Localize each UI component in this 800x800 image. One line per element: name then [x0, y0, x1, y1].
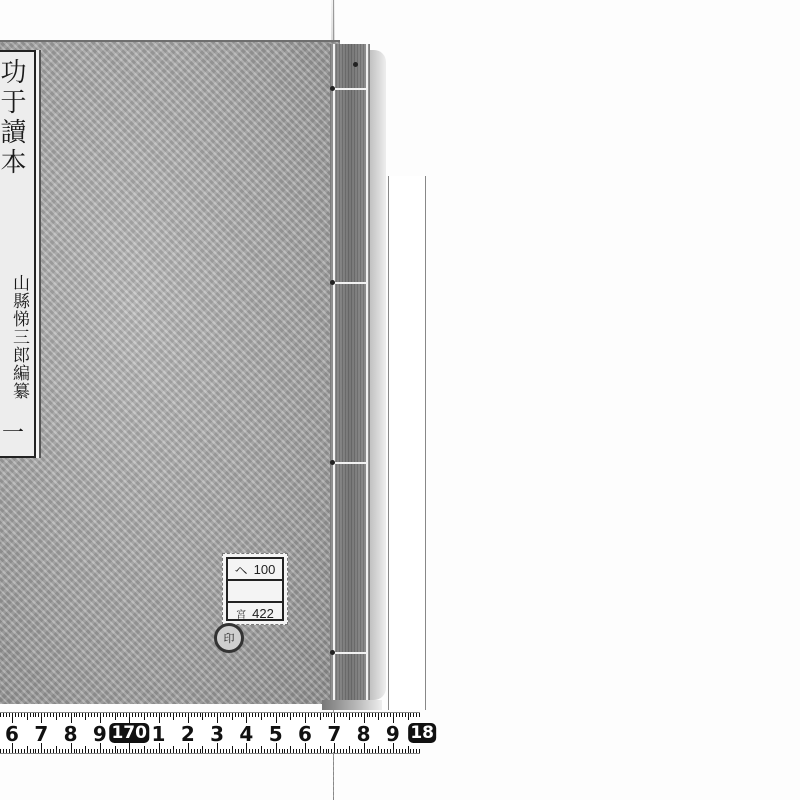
ruler-tick [200, 749, 201, 753]
ruler-label: 8 [357, 722, 371, 746]
book-page-edge [368, 50, 386, 700]
ruler-label: 1 [152, 722, 166, 746]
book-cover [0, 40, 340, 704]
ruler-tick [349, 713, 350, 720]
ruler-tick [396, 749, 397, 753]
ruler-tick [6, 749, 7, 753]
ruler-tick [135, 749, 136, 753]
ruler-tick [317, 713, 318, 717]
ruler-tick [293, 713, 294, 717]
ruler-tick [226, 749, 227, 753]
ruler-tick [282, 713, 283, 717]
ruler-tick [214, 713, 215, 717]
ruler-tick [0, 713, 1, 717]
ruler-tick [147, 713, 148, 717]
ruler-tick [355, 749, 356, 753]
ruler-tick [185, 713, 186, 717]
ruler-tick [405, 749, 406, 753]
ruler-tick [378, 713, 379, 720]
ruler-label: 3 [210, 722, 224, 746]
ruler-tick [50, 713, 51, 717]
ruler-tick [405, 713, 406, 717]
ruler-tick [416, 749, 417, 753]
ruler-tick [120, 749, 121, 753]
ruler-tick [208, 749, 209, 753]
ruler-tick [261, 713, 262, 720]
ruler-tick [270, 713, 271, 717]
binding-thread [366, 44, 368, 700]
vertical-ruler [388, 176, 426, 710]
ruler-tick [38, 749, 39, 753]
binding-knot [353, 62, 358, 67]
ruler-tick [88, 713, 89, 717]
ruler-tick [296, 749, 297, 753]
round-seal: 印 [214, 623, 244, 653]
ruler-tick [290, 713, 291, 720]
ruler-tick [27, 713, 28, 720]
ruler-tick [343, 713, 344, 717]
ruler-tick [161, 749, 162, 753]
ruler-tick [308, 749, 309, 753]
ruler-tick [129, 743, 130, 753]
ruler-tick [132, 749, 133, 753]
ruler-tick [284, 749, 285, 753]
ruler-tick [53, 713, 54, 717]
ruler-tick [197, 749, 198, 753]
ruler-tick [33, 713, 34, 717]
ruler-tick [82, 749, 83, 753]
ruler-tick [408, 746, 409, 753]
ruler-tick [62, 749, 63, 753]
ruler-tick [252, 749, 253, 753]
ruler-tick [282, 749, 283, 753]
ruler-tick [185, 749, 186, 753]
ruler-tick [346, 749, 347, 753]
horizontal-ruler: 678917012345678918 [0, 712, 420, 754]
ruler-tick [349, 746, 350, 753]
ruler-tick [194, 749, 195, 753]
ruler-tick [33, 749, 34, 753]
ruler-tick [369, 713, 370, 717]
ruler-tick [85, 746, 86, 753]
ruler-tick [299, 749, 300, 753]
ruler-tick [243, 713, 244, 717]
ruler-tick [27, 746, 28, 753]
ruler-tick [399, 749, 400, 753]
ruler-tick [328, 749, 329, 753]
ruler-tick [126, 713, 127, 717]
ruler-tick [88, 749, 89, 753]
ruler-tick [173, 713, 174, 720]
ruler-tick [264, 713, 265, 717]
ruler-tick [182, 749, 183, 753]
ruler-tick [235, 713, 236, 717]
book-title: 功于讀本 [0, 58, 26, 178]
ruler-tick [176, 713, 177, 717]
ruler-tick [238, 713, 239, 717]
ruler-tick [238, 749, 239, 753]
ruler-label: 18 [408, 723, 436, 743]
ruler-tick [182, 713, 183, 717]
ruler-tick [296, 713, 297, 717]
ruler-tick [59, 749, 60, 753]
ruler-tick [226, 713, 227, 717]
ruler-tick [314, 713, 315, 717]
ruler-tick [387, 713, 388, 717]
ruler-tick [361, 749, 362, 753]
ruler-tick [287, 713, 288, 717]
binding-thread [333, 88, 368, 90]
ruler-tick [413, 713, 414, 717]
ruler-tick [170, 713, 171, 717]
ruler-tick [270, 749, 271, 753]
title-label: 功于讀本 山縣悌三郎編纂 一 [0, 50, 36, 458]
ruler-tick [390, 713, 391, 717]
ruler-tick [258, 713, 259, 717]
ruler-tick [191, 749, 192, 753]
ruler-tick [323, 713, 324, 717]
ruler-tick [153, 749, 154, 753]
ruler-tick [173, 746, 174, 753]
ruler-tick [144, 746, 145, 753]
ruler-tick [235, 749, 236, 753]
ruler-label: 4 [239, 722, 253, 746]
ruler-tick [85, 713, 86, 720]
ruler-tick [18, 749, 19, 753]
ruler-tick [164, 749, 165, 753]
ruler-tick [241, 713, 242, 717]
ruler-tick [355, 713, 356, 717]
binding-thread [333, 652, 368, 654]
book-author: 山縣悌三郎編纂 [4, 274, 30, 400]
ruler-tick [367, 749, 368, 753]
ruler-tick [74, 749, 75, 753]
ruler-tick [302, 713, 303, 717]
ruler-tick [0, 749, 1, 753]
ruler-tick [62, 713, 63, 717]
ruler-tick [150, 713, 151, 717]
ruler-tick [255, 713, 256, 717]
ruler-tick [311, 749, 312, 753]
ruler-tick [293, 749, 294, 753]
binding-thread [333, 282, 368, 284]
ruler-tick [220, 749, 221, 753]
library-stamp: ヘ 100 宮 422 [222, 553, 288, 625]
ruler-tick [97, 749, 98, 753]
ruler-tick [205, 713, 206, 717]
ruler-tick [314, 749, 315, 753]
ruler-tick [129, 713, 130, 723]
ruler-tick [91, 713, 92, 717]
ruler-tick [308, 713, 309, 717]
ruler-label: 9 [93, 722, 107, 746]
stamp-row-2 [228, 581, 282, 603]
ruler-tick [290, 746, 291, 753]
ruler-tick [279, 713, 280, 717]
ruler-tick [156, 749, 157, 753]
ruler-tick [68, 713, 69, 717]
ruler-tick [3, 749, 4, 753]
ruler-tick [416, 713, 417, 717]
ruler-tick [255, 749, 256, 753]
ruler-tick [352, 749, 353, 753]
binding-thread [333, 462, 368, 464]
ruler-tick [156, 713, 157, 717]
ruler-label: 7 [34, 722, 48, 746]
ruler-tick [273, 749, 274, 753]
ruler-tick [381, 749, 382, 753]
ruler-tick [167, 713, 168, 717]
ruler-tick [161, 713, 162, 717]
ruler-tick [150, 749, 151, 753]
ruler-tick [311, 713, 312, 717]
ruler-tick [243, 749, 244, 753]
ruler-tick [287, 749, 288, 753]
ruler-tick [21, 749, 22, 753]
ruler-tick [147, 749, 148, 753]
ruler-tick [337, 749, 338, 753]
ruler-tick [103, 749, 104, 753]
ruler-tick [106, 749, 107, 753]
ruler-tick [35, 749, 36, 753]
ruler-tick [112, 749, 113, 753]
ruler-tick [135, 713, 136, 717]
ruler-tick [3, 713, 4, 717]
ruler-tick [408, 713, 409, 720]
ruler-tick [211, 713, 212, 717]
ruler-label: 2 [181, 722, 195, 746]
ruler-tick [194, 713, 195, 717]
binding-knot [330, 460, 335, 465]
ruler-tick [343, 749, 344, 753]
ruler-tick [384, 713, 385, 717]
scan-guide-line-lower [333, 752, 335, 800]
ruler-tick [94, 713, 95, 717]
ruler-tick [103, 713, 104, 717]
ruler-tick [223, 749, 224, 753]
ruler-tick [279, 749, 280, 753]
ruler-tick [167, 749, 168, 753]
ruler-tick [123, 749, 124, 753]
ruler-tick [202, 746, 203, 753]
ruler-tick [170, 749, 171, 753]
ruler-tick [220, 713, 221, 717]
ruler-tick [390, 749, 391, 753]
ruler-tick [232, 746, 233, 753]
ruler-tick [82, 713, 83, 717]
ruler-tick [141, 713, 142, 717]
ruler-tick [410, 713, 411, 717]
ruler-tick [59, 713, 60, 717]
ruler-tick [264, 749, 265, 753]
stamp-row-3: 宮 422 [228, 603, 282, 623]
ruler-tick [232, 713, 233, 720]
ruler-tick [179, 713, 180, 717]
ruler-tick [115, 713, 116, 720]
ruler-tick [326, 713, 327, 717]
ruler-tick [35, 713, 36, 717]
ruler-label: 9 [386, 722, 400, 746]
ruler-tick [141, 749, 142, 753]
ruler-tick [214, 749, 215, 753]
ruler-tick [375, 749, 376, 753]
ruler-tick [372, 749, 373, 753]
ruler-tick [358, 749, 359, 753]
ruler-tick [402, 713, 403, 717]
book-shadow [322, 700, 382, 710]
ruler-tick [112, 713, 113, 717]
ruler-tick [267, 713, 268, 717]
ruler-tick [323, 749, 324, 753]
ruler-tick [387, 749, 388, 753]
ruler-tick [164, 713, 165, 717]
binding-knot [330, 650, 335, 655]
ruler-tick [6, 713, 7, 717]
ruler-label: 8 [64, 722, 78, 746]
ruler-tick [74, 713, 75, 717]
ruler-tick [47, 749, 48, 753]
ruler-tick [65, 749, 66, 753]
ruler-label: 7 [327, 722, 341, 746]
ruler-tick [65, 713, 66, 717]
ruler-tick [68, 749, 69, 753]
ruler-tick [284, 713, 285, 717]
ruler-tick [76, 749, 77, 753]
ruler-tick [320, 746, 321, 753]
ruler-tick [117, 749, 118, 753]
binding-knot [330, 280, 335, 285]
ruler-tick [358, 713, 359, 717]
ruler-tick [120, 713, 121, 717]
ruler-tick [153, 713, 154, 717]
ruler-tick [197, 713, 198, 717]
ruler-tick [202, 713, 203, 720]
ruler-tick [331, 713, 332, 717]
ruler-tick [144, 713, 145, 720]
ruler-tick [126, 749, 127, 753]
ruler-tick [261, 746, 262, 753]
ruler-tick [267, 749, 268, 753]
ruler-tick [123, 713, 124, 717]
ruler-tick [44, 713, 45, 717]
ruler-tick [18, 713, 19, 717]
ruler-tick [340, 713, 341, 717]
ruler-tick [200, 713, 201, 717]
ruler-tick [302, 749, 303, 753]
ruler-tick [30, 713, 31, 717]
ruler-tick [115, 746, 116, 753]
ruler-tick [15, 749, 16, 753]
ruler-tick [53, 749, 54, 753]
ruler-tick [317, 749, 318, 753]
ruler-tick [138, 749, 139, 753]
ruler-tick [56, 746, 57, 753]
ruler-tick [249, 713, 250, 717]
ruler-tick [229, 713, 230, 717]
binding-thread [333, 44, 335, 700]
ruler-tick [399, 713, 400, 717]
ruler-tick [9, 749, 10, 753]
ruler-tick [352, 713, 353, 717]
ruler-tick [328, 713, 329, 717]
ruler-tick [346, 713, 347, 717]
ruler-tick [367, 713, 368, 717]
ruler-tick [191, 713, 192, 717]
ruler-tick [15, 713, 16, 717]
binding-knot [330, 86, 335, 91]
ruler-tick [30, 749, 31, 753]
book-spine [330, 44, 370, 702]
ruler-tick [241, 749, 242, 753]
ruler-tick [179, 749, 180, 753]
ruler-tick [410, 749, 411, 753]
ruler-tick [361, 713, 362, 717]
volume-number: 一 [2, 416, 24, 447]
ruler-tick [340, 749, 341, 753]
ruler-tick [223, 713, 224, 717]
ruler-tick [21, 713, 22, 717]
ruler-tick [97, 713, 98, 717]
ruler-tick [50, 749, 51, 753]
ruler-tick [229, 749, 230, 753]
ruler-tick [375, 713, 376, 717]
ruler-tick [9, 713, 10, 717]
ruler-tick [205, 749, 206, 753]
ruler-tick [109, 749, 110, 753]
ruler-tick [258, 749, 259, 753]
ruler-tick [24, 713, 25, 717]
ruler-tick [378, 746, 379, 753]
ruler-tick [413, 749, 414, 753]
ruler-tick [138, 713, 139, 717]
ruler-tick [211, 749, 212, 753]
ruler-tick [252, 713, 253, 717]
ruler-tick [117, 713, 118, 717]
ruler-tick [384, 749, 385, 753]
ruler-tick [320, 713, 321, 720]
ruler-tick [79, 749, 80, 753]
ruler-tick [38, 713, 39, 717]
ruler-tick [44, 749, 45, 753]
ruler-tick [24, 749, 25, 753]
ruler-tick [76, 713, 77, 717]
ruler-tick [79, 713, 80, 717]
ruler-tick [249, 749, 250, 753]
ruler-tick [109, 713, 110, 717]
ruler-tick [419, 713, 420, 717]
ruler-label: 170 [109, 723, 149, 743]
ruler-tick [326, 749, 327, 753]
ruler-tick [91, 749, 92, 753]
ruler-tick [106, 713, 107, 717]
ruler-tick [396, 713, 397, 717]
ruler-tick [299, 713, 300, 717]
ruler-tick [419, 749, 420, 753]
ruler-tick [381, 713, 382, 717]
ruler-tick [273, 713, 274, 717]
stamp-row-1: ヘ 100 [228, 559, 282, 581]
ruler-tick [402, 749, 403, 753]
ruler-label: 5 [269, 722, 283, 746]
ruler-tick [176, 749, 177, 753]
ruler-tick [372, 713, 373, 717]
ruler-tick [94, 749, 95, 753]
ruler-label: 6 [5, 722, 19, 746]
ruler-label: 6 [298, 722, 312, 746]
ruler-tick [56, 713, 57, 720]
ruler-tick [369, 749, 370, 753]
ruler-tick [47, 713, 48, 717]
